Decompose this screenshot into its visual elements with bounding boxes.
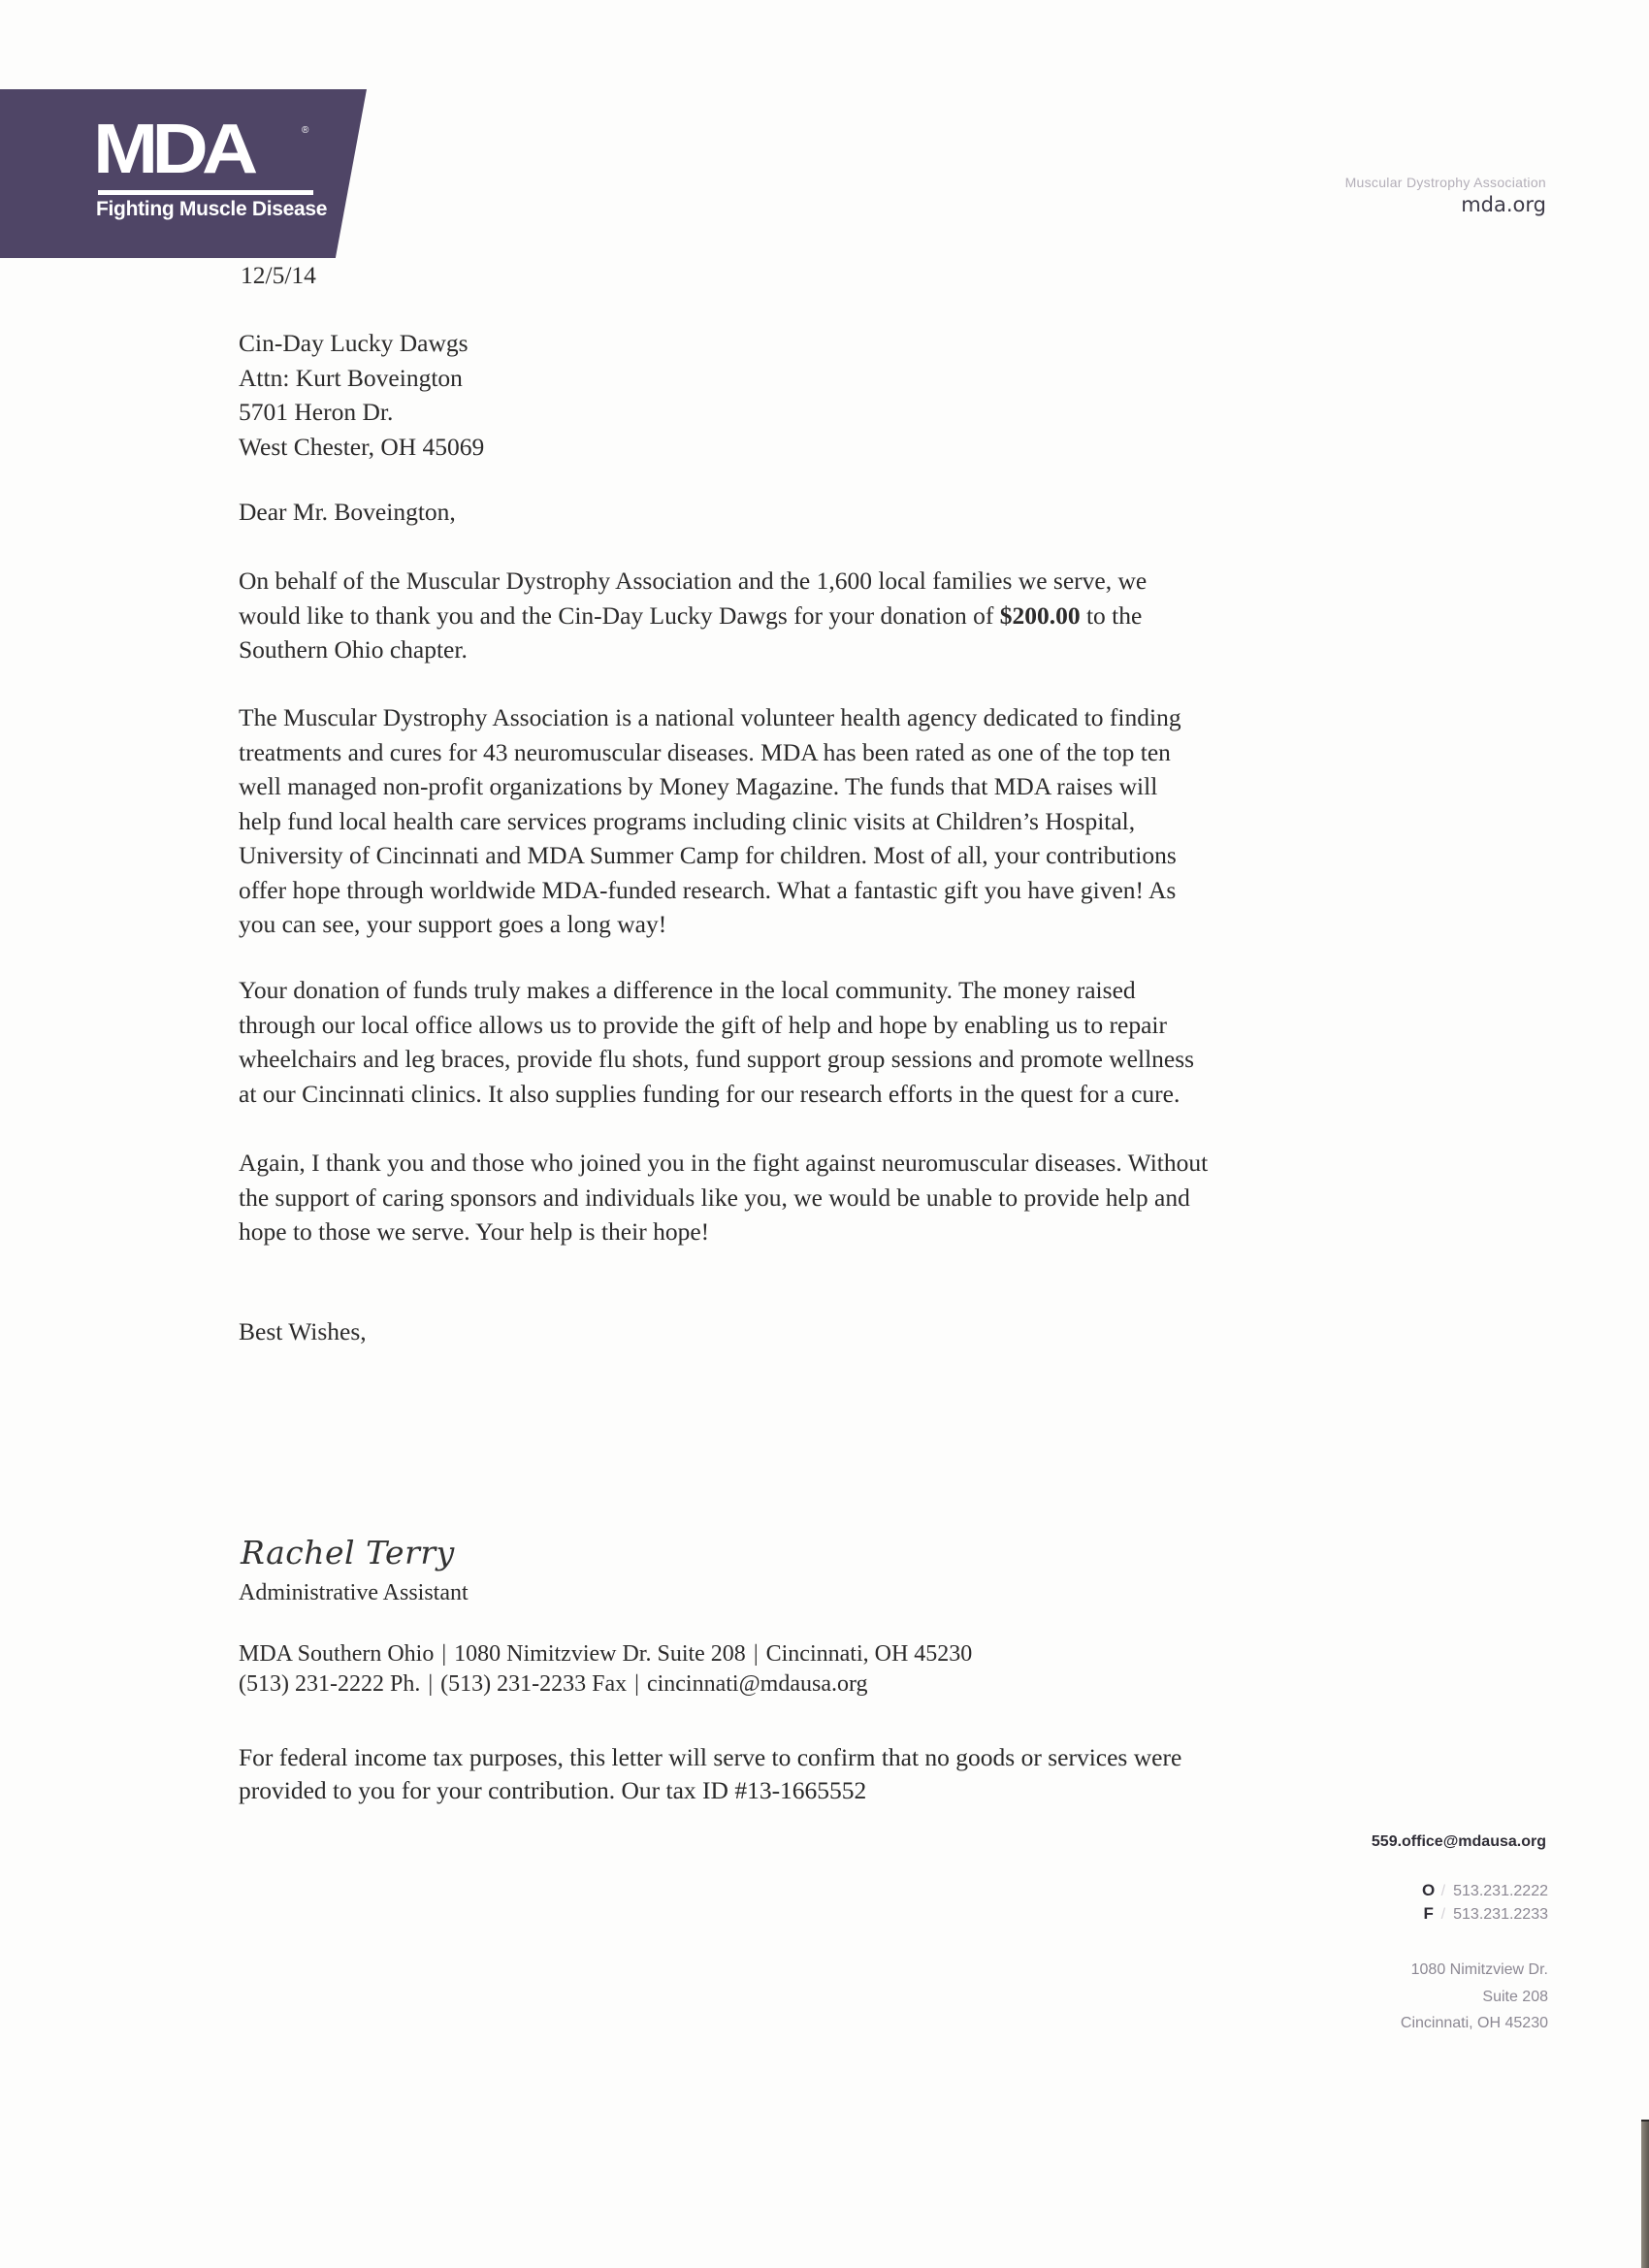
paragraph-line: On behalf of the Muscular Dystrophy Asso… — [239, 564, 1422, 599]
recipient-line: Attn: Kurt Boveington — [239, 361, 484, 396]
chapter-email: cincinnati@mdausa.org — [647, 1671, 868, 1697]
paragraph-impact: Your donation of funds truly makes a dif… — [239, 973, 1422, 1111]
slash-divider: / — [1441, 1906, 1445, 1923]
separator: | — [428, 1669, 433, 1700]
separator: | — [441, 1639, 446, 1669]
recipient-line: West Chester, OH 45069 — [239, 430, 484, 465]
tax-line: provided to you for your contribution. O… — [239, 1774, 1181, 1807]
salutation: Dear Mr. Boveington, — [239, 495, 456, 530]
paragraph-line: would like to thank you and the Cin-Day … — [239, 599, 1422, 633]
recipient-address: Cin-Day Lucky Dawgs Attn: Kurt Boveingto… — [239, 326, 484, 464]
paragraph-line: help fund local health care services pro… — [239, 804, 1422, 839]
paragraph-line: well managed non-profit organizations by… — [239, 769, 1422, 804]
separator: | — [634, 1669, 639, 1700]
paragraph-closing-thanks: Again, I thank you and those who joined … — [239, 1146, 1422, 1249]
paragraph-line: wheelchairs and leg braces, provide flu … — [239, 1042, 1422, 1077]
chapter-city: Cincinnati, OH 45230 — [766, 1641, 973, 1667]
paragraph-line: University of Cincinnati and MDA Summer … — [239, 838, 1422, 873]
closing: Best Wishes, — [239, 1314, 367, 1349]
tax-line: For federal income tax purposes, this le… — [239, 1741, 1181, 1774]
signature-title: Administrative Assistant — [239, 1576, 469, 1611]
paragraph-line: hope to those we serve. Your help is the… — [239, 1215, 1422, 1249]
paragraph-line: offer hope through worldwide MDA-funded … — [239, 873, 1422, 908]
office-address: 1080 Nimitzview Dr. Suite 208 Cincinnati… — [1401, 1957, 1548, 2037]
text-span: would like to thank you and the Cin-Day … — [239, 601, 1000, 630]
paragraph-line: Southern Ohio chapter. — [239, 632, 1422, 667]
office-email: 559.office@mdausa.org — [1372, 1833, 1546, 1851]
separator: | — [754, 1639, 759, 1669]
org-name: Muscular Dystrophy Association — [1345, 175, 1546, 190]
chapter-contact: MDA Southern Ohio|1080 Nimitzview Dr. Su… — [239, 1639, 972, 1700]
paragraph-line: treatments and cures for 43 neuromuscula… — [239, 735, 1422, 770]
address-line: Cincinnati, OH 45230 — [1401, 2010, 1548, 2037]
text-span: to the — [1081, 601, 1143, 630]
paragraph-thanks: On behalf of the Muscular Dystrophy Asso… — [239, 564, 1422, 667]
office-phone: 513.231.2222 — [1453, 1883, 1548, 1899]
paragraph-line: the support of caring sponsors and indiv… — [239, 1181, 1422, 1215]
recipient-line: 5701 Heron Dr. — [239, 395, 484, 430]
contact-line-address: MDA Southern Ohio|1080 Nimitzview Dr. Su… — [239, 1639, 972, 1669]
paragraph-line: through our local office allows us to pr… — [239, 1008, 1422, 1043]
paragraph-line: you can see, your support goes a long wa… — [239, 907, 1422, 942]
chapter-phone: (513) 231-2222 Ph. — [239, 1671, 420, 1697]
chapter-name: MDA Southern Ohio — [239, 1641, 434, 1667]
office-phones: O/513.231.2222 F/513.231.2233 — [1420, 1879, 1548, 1926]
chapter-street: 1080 Nimitzview Dr. Suite 208 — [454, 1641, 746, 1667]
paragraph-line: Your donation of funds truly makes a dif… — [239, 973, 1422, 1008]
paragraph-line: Again, I thank you and those who joined … — [239, 1146, 1422, 1181]
org-website: mda.org — [1461, 193, 1546, 216]
donation-amount: $200.00 — [1000, 601, 1081, 630]
signature-name: Rachel Terry — [241, 1534, 455, 1571]
fax-label: F — [1420, 1902, 1438, 1925]
office-label: O — [1420, 1879, 1438, 1901]
logo-divider — [98, 190, 313, 195]
letter-date: 12/5/14 — [241, 258, 316, 293]
address-line: Suite 208 — [1401, 1984, 1548, 2011]
fax-phone-row: F/513.231.2233 — [1420, 1902, 1548, 1926]
paragraph-line: The Muscular Dystrophy Association is a … — [239, 700, 1422, 735]
scan-edge-shadow — [1641, 2122, 1649, 2268]
slash-divider: / — [1441, 1883, 1445, 1899]
logo-tagline: Fighting Muscle Disease — [96, 198, 327, 221]
chapter-fax: (513) 231-2233 Fax — [440, 1671, 627, 1697]
registered-mark: ® — [302, 125, 308, 136]
recipient-line: Cin-Day Lucky Dawgs — [239, 326, 484, 361]
paragraph-line: at our Cincinnati clinics. It also suppl… — [239, 1077, 1422, 1112]
fax-phone: 513.231.2233 — [1453, 1906, 1548, 1923]
contact-line-phone: (513) 231-2222 Ph.|(513) 231-2233 Fax|ci… — [239, 1669, 972, 1700]
tax-statement: For federal income tax purposes, this le… — [239, 1741, 1181, 1807]
paragraph-about-mda: The Muscular Dystrophy Association is a … — [239, 700, 1422, 942]
office-phone-row: O/513.231.2222 — [1420, 1879, 1548, 1902]
address-line: 1080 Nimitzview Dr. — [1401, 1957, 1548, 1984]
